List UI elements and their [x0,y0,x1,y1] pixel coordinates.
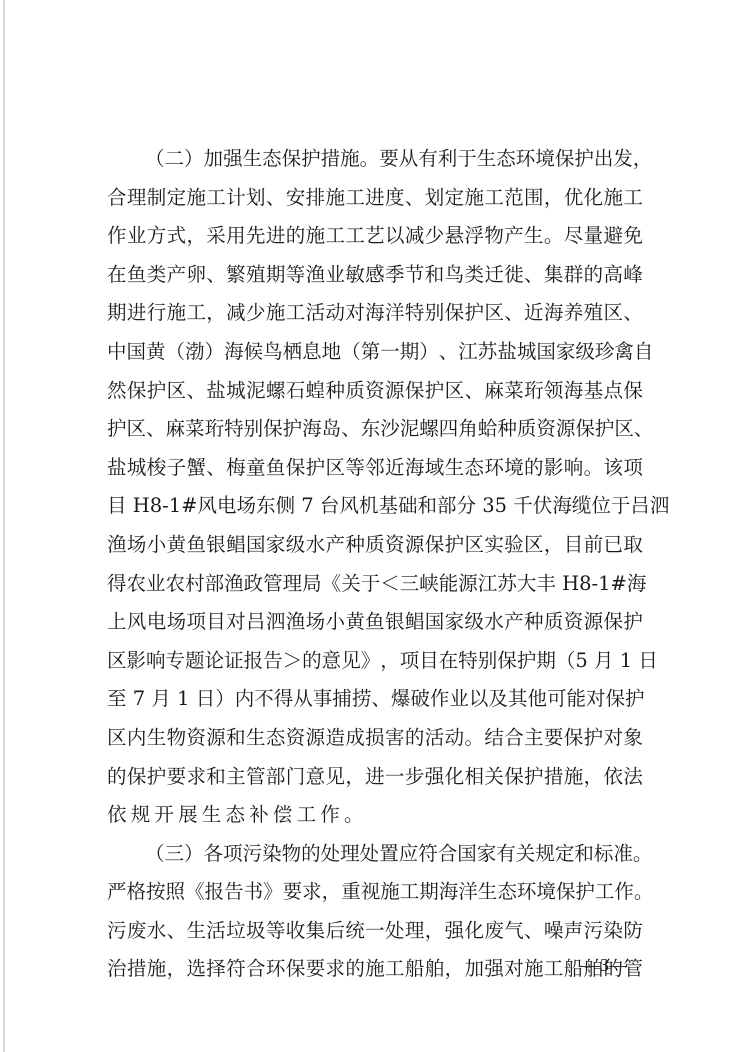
glyph: 的 [584,256,604,295]
glyph: 施 [380,873,400,912]
glyph: 及 [488,680,508,719]
glyph: 报 [205,873,225,912]
glyph: 目 [107,487,127,526]
glyph: 特 [458,642,478,681]
glyph: 内 [127,719,147,758]
glyph: 保 [497,642,517,681]
glyph: 在 [107,256,127,295]
glyph: 蛤 [478,410,498,449]
glyph: 强 [223,140,243,179]
glyph: 。 [633,835,653,874]
glyph: 国 [246,526,266,565]
glyph: 资 [186,719,206,758]
text-line: 上风电场项目对吕泗渔场小黄鱼银鲳国家级水产种质资源保护 [107,603,643,642]
glyph: 规 [535,835,555,874]
glyph: 场 [167,603,187,642]
glyph: 工 [484,179,504,218]
glyph: 7 [301,487,313,526]
glyph: 第 [361,333,381,372]
glyph: 捞 [352,680,372,719]
glyph: 作 [107,217,127,256]
glyph: 安 [286,179,306,218]
paragraph-section-2: （二）加强生态保护措施。要从有利于生态环境保护出发， 合理制定施工计划、安排施工… [107,140,643,835]
glyph: 制 [147,179,167,218]
glyph: 台 [320,487,340,526]
glyph: 8 [579,565,591,604]
glyph: 环 [517,873,537,912]
glyph: 千 [513,487,533,526]
glyph: 梭 [147,449,167,488]
glyph: 成 [345,719,365,758]
glyph: 、 [524,256,544,295]
glyph: 和 [425,256,445,295]
glyph: 法 [623,758,643,797]
glyph: 区 [484,294,504,333]
glyph: 护 [575,873,595,912]
glyph: 可 [547,680,567,719]
glyph: 、 [206,449,226,488]
glyph: 行 [147,294,167,333]
glyph: 声 [564,912,584,951]
glyph: 和 [206,758,226,797]
glyph: 菜 [185,410,205,449]
glyph: 一 [385,758,405,797]
glyph: 动 [325,294,345,333]
glyph: 、 [405,179,425,218]
glyph: 废 [127,912,147,951]
glyph: 境 [536,873,556,912]
glyph: 主 [226,758,246,797]
glyph: 地 [322,333,342,372]
glyph: 菜 [504,372,524,411]
glyph: ， [633,140,653,179]
glyph: 目 [564,526,584,565]
glyph: 依 [603,758,623,797]
glyph: 别 [425,294,445,333]
glyph: 5 [495,487,507,526]
glyph: 日 [638,642,658,681]
glyph: 保 [286,449,306,488]
glyph: 舶 [425,950,445,989]
glyph: 、 [504,294,524,333]
glyph: 泥 [400,410,420,449]
glyph: 理 [127,179,147,218]
glyph: 伏 [533,487,553,526]
text-line: 作业方式，采用先进的施工工艺以减少悬浮物产生。尽量避免 [107,217,643,256]
glyph: 发 [613,140,633,179]
glyph: 对 [345,294,365,333]
glyph: 资 [564,603,584,642]
glyph: 风 [339,487,359,526]
glyph: 期 [536,642,556,681]
glyph: 各 [204,835,224,874]
glyph: 资 [286,719,306,758]
glyph: 加 [204,140,224,179]
glyph: 视 [361,873,381,912]
glyph: 质 [365,526,385,565]
glyph: 项 [223,835,243,874]
glyph: 局 [302,565,322,604]
glyph: 动 [445,719,465,758]
glyph: 已 [603,526,623,565]
glyph: 《 [322,565,342,604]
glyph: 区 [464,526,484,565]
glyph: 应 [399,835,419,874]
glyph: ， [425,912,445,951]
glyph: 步 [405,758,425,797]
glyph: 保 [127,758,147,797]
glyph: 船 [405,950,425,989]
glyph: 近 [524,294,544,333]
glyph: 鱼 [127,256,147,295]
glyph: ， [322,873,342,912]
glyph: 告 [224,873,244,912]
glyph: 保 [504,758,524,797]
glyph: 栖 [283,333,303,372]
glyph: 艺 [365,217,385,256]
glyph: 家 [477,835,497,874]
glyph: 环 [266,950,286,989]
glyph: 悬 [445,217,465,256]
glyph: 理 [340,835,360,874]
glyph: 、 [524,912,544,951]
glyph: 验 [504,526,524,565]
glyph: 门 [286,758,306,797]
glyph: 的 [107,758,127,797]
glyph: 噪 [544,912,564,951]
glyph: 生 [524,217,544,256]
glyph: 电 [147,603,167,642]
glyph: 论 [205,642,225,681]
glyph: 保 [606,680,626,719]
glyph: 黄 [146,333,166,372]
glyph: 损 [365,719,385,758]
glyph: 级 [464,603,484,642]
glyph: 项 [400,642,420,681]
glyph: 蟹 [186,449,206,488]
glyph: 集 [544,256,564,295]
glyph: 护 [306,449,326,488]
glyph: 城 [127,449,147,488]
glyph: 要 [544,719,564,758]
glyph: 强 [445,912,465,951]
text-line: 的保护要求和主管部门意见，进一步强化相关保护措施，依法 [107,758,643,797]
glyph: 高 [603,256,623,295]
glyph: 。 [464,719,484,758]
glyph: 告 [263,642,283,681]
document-body: （二）加强生态保护措施。要从有利于生态环境保护出发， 合理制定施工计划、安排施工… [107,140,643,989]
glyph: 圾 [246,912,266,951]
glyph: 护 [584,719,604,758]
glyph: 的 [302,642,322,681]
text-line: 然保护区、盐城泥螺石蝗种质资源保护区、麻菜珩领海基点保 [107,372,643,411]
glyph: ） [205,333,225,372]
glyph: 特 [405,294,425,333]
glyph: 等 [266,912,286,951]
glyph: 源 [206,719,226,758]
glyph: 施 [340,140,360,179]
glyph: 按 [146,873,166,912]
glyph: 定 [167,179,187,218]
glyph: 染 [603,912,623,951]
glyph: 施 [524,950,544,989]
glyph: 保 [286,950,306,989]
glyph: 水 [147,912,167,951]
glyph: 护 [625,680,645,719]
glyph: 源 [458,565,478,604]
glyph: H [133,487,150,526]
glyph: 对 [504,950,524,989]
glyph: 生 [243,140,263,179]
text-line: 中国黄（渤）海候鸟栖息地（第一期）、江苏盐城国家级珍禽自 [107,333,643,372]
glyph: 活 [206,912,226,951]
glyph: 境 [504,449,524,488]
glyph: 海 [439,873,459,912]
glyph: 工 [544,950,564,989]
glyph: 区 [603,294,623,333]
glyph: 珩 [205,410,225,449]
glyph: 保 [564,719,584,758]
glyph: ， [380,642,400,681]
glyph: 场 [127,526,147,565]
glyph: 化 [445,758,465,797]
glyph: 泥 [246,372,266,411]
glyph: 一 [365,912,385,951]
glyph: 、 [341,410,361,449]
glyph: 排 [306,179,326,218]
glyph: 风 [127,603,147,642]
glyph: 政 [244,565,264,604]
glyph: 梅 [226,449,246,488]
glyph: 用 [226,217,246,256]
glyph: 结 [484,719,504,758]
glyph: 、 [146,410,166,449]
glyph: 海 [224,333,244,372]
glyph: 中 [107,333,127,372]
glyph: 护 [574,140,594,179]
glyph: 项 [186,603,206,642]
glyph: 护 [425,372,445,411]
glyph: ， [544,179,564,218]
glyph: 求 [325,950,345,989]
glyph: 麻 [484,372,504,411]
glyph: 期 [266,256,286,295]
glyph: ） [184,140,204,179]
glyph: 作 [430,680,450,719]
glyph: 护 [464,294,484,333]
glyph: ＜ [380,565,400,604]
glyph: 造 [325,719,345,758]
glyph: 日 [196,680,216,719]
glyph: （ [166,333,186,372]
glyph: 的 [405,719,425,758]
glyph: 减 [405,217,425,256]
glyph: 国 [425,603,445,642]
glyph: 机 [359,487,379,526]
glyph: 处 [321,835,341,874]
glyph: 处 [360,835,380,874]
glyph: 1 [169,487,181,526]
glyph: 位 [591,487,611,526]
glyph: 近 [385,449,405,488]
glyph: 徙 [504,256,524,295]
glyph: ） [419,333,439,372]
glyph: 业 [127,217,147,256]
glyph: 免 [623,217,643,256]
glyph: 殖 [246,256,266,295]
glyph: ， [445,950,465,989]
glyph: 染 [262,835,282,874]
glyph: 域 [425,449,445,488]
glyph: 场 [306,603,326,642]
glyph: 渔 [107,526,127,565]
glyph: 书 [244,873,264,912]
glyph: 得 [274,680,294,719]
glyph: 于 [611,487,631,526]
glyph: 、 [464,372,484,411]
glyph: 源 [306,719,326,758]
glyph: 质 [345,372,365,411]
text-line: （二）加强生态保护措施。要从有利于生态环境保护出发， [107,140,643,179]
glyph: 事 [313,680,333,719]
glyph: 的 [286,217,306,256]
glyph: 护 [301,140,321,179]
glyph: 施 [464,179,484,218]
glyph: 等 [286,256,306,295]
glyph: 农 [166,565,186,604]
glyph: 源 [556,410,576,449]
glyph: 少 [246,294,266,333]
glyph: 求 [302,873,322,912]
glyph: 养 [564,294,584,333]
glyph: 捕 [332,680,352,719]
glyph: 保 [623,372,643,411]
glyph: 渔 [306,256,326,295]
glyph: 岛 [322,410,342,449]
glyph: 风 [198,487,218,526]
glyph: 围 [524,179,544,218]
glyph: 鱼 [365,603,385,642]
glyph: 三 [400,565,420,604]
glyph: 划 [246,179,266,218]
glyph: 后 [325,912,345,951]
glyph: 管 [246,758,266,797]
glyph: 的 [524,449,544,488]
glyph: 他 [527,680,547,719]
glyph: 工 [345,179,365,218]
glyph: 环 [484,449,504,488]
glyph: 四 [439,410,459,449]
glyph: 措 [544,758,564,797]
glyph: 意 [306,758,326,797]
glyph: 石 [286,372,306,411]
glyph: ＞ [283,642,303,681]
glyph: 置 [379,835,399,874]
glyph: 尽 [564,217,584,256]
glyph: （ [145,140,165,179]
text-line: 盐城梭子蟹、梅童鱼保护区等邻近海域生态环境的影响。该项 [107,449,643,488]
glyph: 施 [167,294,187,333]
glyph: 业 [325,256,345,295]
glyph: - [162,487,169,526]
glyph: 合 [438,835,458,874]
glyph: 态 [464,449,484,488]
glyph: 东 [256,487,276,526]
glyph: 化 [464,912,484,951]
glyph: 保 [282,140,302,179]
glyph: 主 [524,719,544,758]
glyph: ， [186,217,206,256]
glyph: 措 [321,140,341,179]
glyph: ， [544,526,564,565]
glyph: 施 [603,179,623,218]
glyph: 污 [107,912,127,951]
glyph: 吕 [246,603,266,642]
glyph: 施 [365,950,385,989]
glyph: 采 [206,217,226,256]
glyph: 螺 [419,410,439,449]
glyph: 境 [535,140,555,179]
text-line: （三）各项污染物的处理处置应符合国家有关规定和标准。 [107,835,643,874]
glyph: 大 [517,565,537,604]
glyph: 有 [418,140,438,179]
glyph: 村 [185,565,205,604]
glyph: 子 [167,449,187,488]
glyph: 少 [425,217,445,256]
glyph: 符 [226,950,246,989]
glyph: 范 [504,179,524,218]
glyph: 业 [146,565,166,604]
glyph: 水 [306,526,326,565]
glyph: H [562,565,579,604]
glyph: 候 [244,333,264,372]
glyph: 础 [398,487,418,526]
glyph: 以 [385,217,405,256]
glyph: 该 [603,449,623,488]
glyph: 盐 [497,333,517,372]
glyph: 基 [584,372,604,411]
paragraph-section-3: （三）各项污染物的处理处置应符合国家有关规定和标准。 严格按照《报告书》要求，重… [107,835,643,989]
glyph: 渔 [286,603,306,642]
glyph: 然 [107,372,127,411]
glyph: 关 [484,758,504,797]
page-number: —3— [582,955,627,976]
glyph: 项 [623,449,643,488]
glyph: 期 [400,333,420,372]
glyph: 破 [410,680,430,719]
glyph: 、 [634,410,654,449]
glyph: 工 [623,179,643,218]
glyph: 角 [458,410,478,449]
glyph: 进 [266,217,286,256]
glyph: 施 [325,179,345,218]
glyph: 鱼 [266,449,286,488]
text-line: 渔场小黄鱼银鲳国家级水产种质资源保护区实验区，目前已取 [107,526,643,565]
glyph: 盐 [107,449,127,488]
glyph: 影 [127,642,147,681]
glyph: 求 [186,758,206,797]
glyph: 东 [361,410,381,449]
glyph: 海 [627,565,647,604]
glyph: ， [584,758,604,797]
glyph: 点 [603,372,623,411]
glyph: （ [556,642,576,681]
glyph: 态 [262,140,282,179]
glyph: 资 [536,410,556,449]
glyph: 得 [107,565,127,604]
glyph: 江 [458,333,478,372]
glyph: 定 [555,835,575,874]
